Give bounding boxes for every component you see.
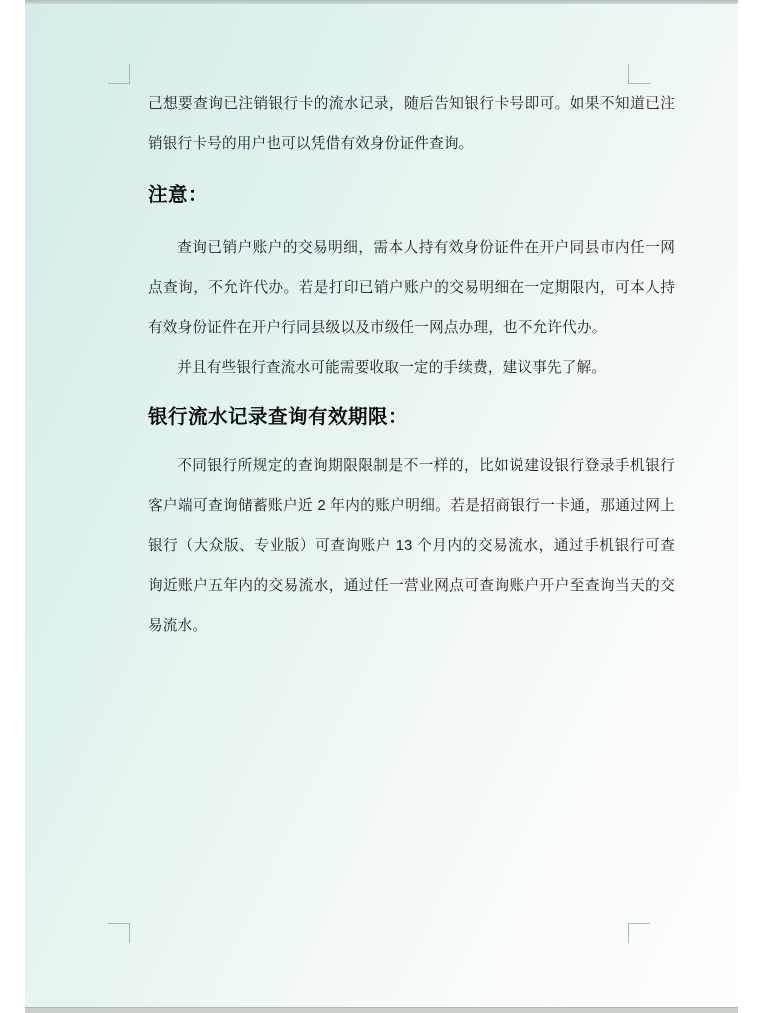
body-paragraph-continuation: 己想要查询已注销银行卡的流水记录，随后告知银行卡号即可。如果不知道已注销银行卡号… [148, 84, 675, 164]
margin-mark-top-right [628, 64, 650, 84]
document-text-area[interactable]: 己想要查询已注销银行卡的流水记录，随后告知银行卡号即可。如果不知道已注销银行卡号… [148, 84, 675, 646]
margin-mark-bottom-right [628, 923, 650, 943]
section-heading-note: 注意： [148, 180, 675, 210]
page-top-edge [25, 0, 738, 4]
page-bottom-edge [25, 1007, 738, 1013]
section-heading-validity-period: 银行流水记录查询有效期限： [148, 402, 675, 432]
body-paragraph: 查询已销户账户的交易明细，需本人持有效身份证件在开户同县市内任一网点查询，不允许… [148, 228, 675, 348]
margin-mark-top-left [108, 64, 130, 84]
body-paragraph: 并且有些银行查流水可能需要收取一定的手续费，建议事先了解。 [148, 348, 675, 388]
body-paragraph: 不同银行所规定的查询期限限制是不一样的，比如说建设银行登录手机银行客户端可查询储… [148, 446, 675, 646]
margin-mark-bottom-left [108, 923, 130, 943]
document-page[interactable]: 己想要查询已注销银行卡的流水记录，随后告知银行卡号即可。如果不知道已注销银行卡号… [25, 0, 738, 1013]
